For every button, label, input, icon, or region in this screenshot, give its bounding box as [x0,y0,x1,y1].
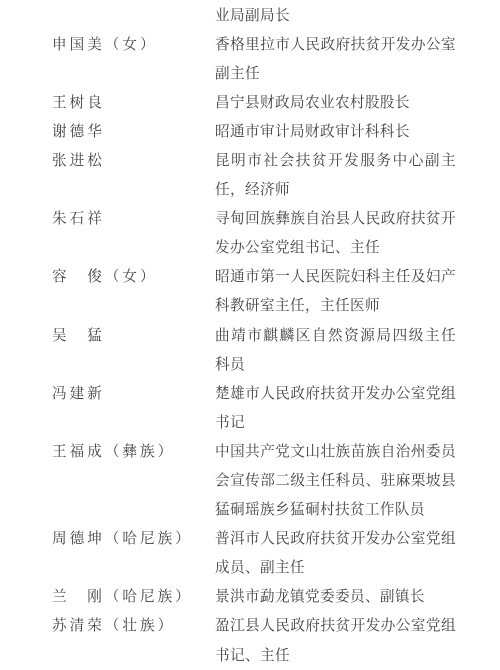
position-line: 副主任 [215,59,456,88]
person-position: 楚雄市人民政府扶贫开发办公室党组书记 [215,379,456,437]
person-position: 昌宁县财政局农业农村股股长 [215,88,456,117]
person-name: 谢德华 [52,117,215,146]
document-page: 业局副局长 申国美（女） 香格里拉市人民政府扶贫开发办公室副主任 王树良 昌宁县… [0,0,500,670]
position-line: 中国共产党文山壮族苗族自治州委员 [215,437,456,466]
position-line: 成员、副主任 [215,553,456,582]
position-line: 昌宁县财政局农业农村股股长 [215,88,456,117]
person-position: 普洱市人民政府扶贫开发办公室党组成员、副主任 [215,524,456,582]
roster-entry: 苏清荣（壮族） 盈江县人民政府扶贫开发办公室党组书记、主任 [52,611,456,669]
position-line: 香格里拉市人民政府扶贫开发办公室 [215,30,456,59]
position-line: 盈江县人民政府扶贫开发办公室党组 [215,611,456,640]
position-line: 任，经济师 [215,175,456,204]
position-line: 猛硐瑶族乡猛硐村扶贫工作队员 [215,495,456,524]
person-position: 业局副局长 [215,1,456,30]
position-line: 科员 [215,350,456,379]
position-line: 昭通市第一人民医院妇科主任及妇产 [215,262,456,291]
person-position: 香格里拉市人民政府扶贫开发办公室副主任 [215,30,456,88]
person-position: 昆明市社会扶贫开发服务中心副主任，经济师 [215,146,456,204]
person-name: 王树良 [52,88,215,117]
person-name: 申国美（女） [52,30,215,59]
person-position: 昭通市第一人民医院妇科主任及妇产科教研室主任，主任医师 [215,262,456,320]
position-line: 景洪市勐龙镇党委委员、副镇长 [215,582,456,611]
position-line: 曲靖市麒麟区自然资源局四级主任 [215,321,456,350]
position-line: 普洱市人民政府扶贫开发办公室党组 [215,524,456,553]
roster-entry: 容 俊（女） 昭通市第一人民医院妇科主任及妇产科教研室主任，主任医师 [52,262,456,320]
position-line: 昆明市社会扶贫开发服务中心副主 [215,146,456,175]
person-name: 兰 刚（哈尼族） [52,582,215,611]
position-line: 科教研室主任，主任医师 [215,291,456,320]
person-name: 张进松 [52,146,215,175]
position-line: 发办公室党组书记、主任 [215,233,456,262]
person-position: 曲靖市麒麟区自然资源局四级主任科员 [215,321,456,379]
roster-entry: 王福成（彝族） 中国共产党文山壮族苗族自治州委员会宣传部二级主任科员、驻麻栗坡县… [52,437,456,524]
person-name: 容 俊（女） [52,262,215,291]
person-name: 冯建新 [52,379,215,408]
person-name: 苏清荣（壮族） [52,611,215,640]
position-line: 昭通市审计局财政审计科科长 [215,117,456,146]
position-line: 书记 [215,408,456,437]
position-line: 业局副局长 [215,1,456,30]
roster-entry: 朱石祥 寻甸回族彝族自治县人民政府扶贫开发办公室党组书记、主任 [52,204,456,262]
position-line: 楚雄市人民政府扶贫开发办公室党组 [215,379,456,408]
person-position: 中国共产党文山壮族苗族自治州委员会宣传部二级主任科员、驻麻栗坡县猛硐瑶族乡猛硐村… [215,437,456,524]
roster-entry: 冯建新 楚雄市人民政府扶贫开发办公室党组书记 [52,379,456,437]
roster-entry: 业局副局长 [52,1,456,30]
person-position: 寻甸回族彝族自治县人民政府扶贫开发办公室党组书记、主任 [215,204,456,262]
person-name: 周德坤（哈尼族） [52,524,215,553]
roster-entry: 谢德华 昭通市审计局财政审计科科长 [52,117,456,146]
position-line: 书记、主任 [215,641,456,670]
person-name: 朱石祥 [52,204,215,233]
person-position: 盈江县人民政府扶贫开发办公室党组书记、主任 [215,611,456,669]
person-name: 吴 猛 [52,321,215,350]
person-position: 景洪市勐龙镇党委委员、副镇长 [215,582,456,611]
roster: 业局副局长 申国美（女） 香格里拉市人民政府扶贫开发办公室副主任 王树良 昌宁县… [52,1,456,670]
roster-entry: 王树良 昌宁县财政局农业农村股股长 [52,88,456,117]
position-line: 寻甸回族彝族自治县人民政府扶贫开 [215,204,456,233]
roster-entry: 兰 刚（哈尼族） 景洪市勐龙镇党委委员、副镇长 [52,582,456,611]
person-position: 昭通市审计局财政审计科科长 [215,117,456,146]
person-name: 王福成（彝族） [52,437,215,466]
roster-entry: 申国美（女） 香格里拉市人民政府扶贫开发办公室副主任 [52,30,456,88]
roster-entry: 吴 猛 曲靖市麒麟区自然资源局四级主任科员 [52,321,456,379]
position-line: 会宣传部二级主任科员、驻麻栗坡县 [215,466,456,495]
roster-entry: 张进松 昆明市社会扶贫开发服务中心副主任，经济师 [52,146,456,204]
roster-entry: 周德坤（哈尼族） 普洱市人民政府扶贫开发办公室党组成员、副主任 [52,524,456,582]
